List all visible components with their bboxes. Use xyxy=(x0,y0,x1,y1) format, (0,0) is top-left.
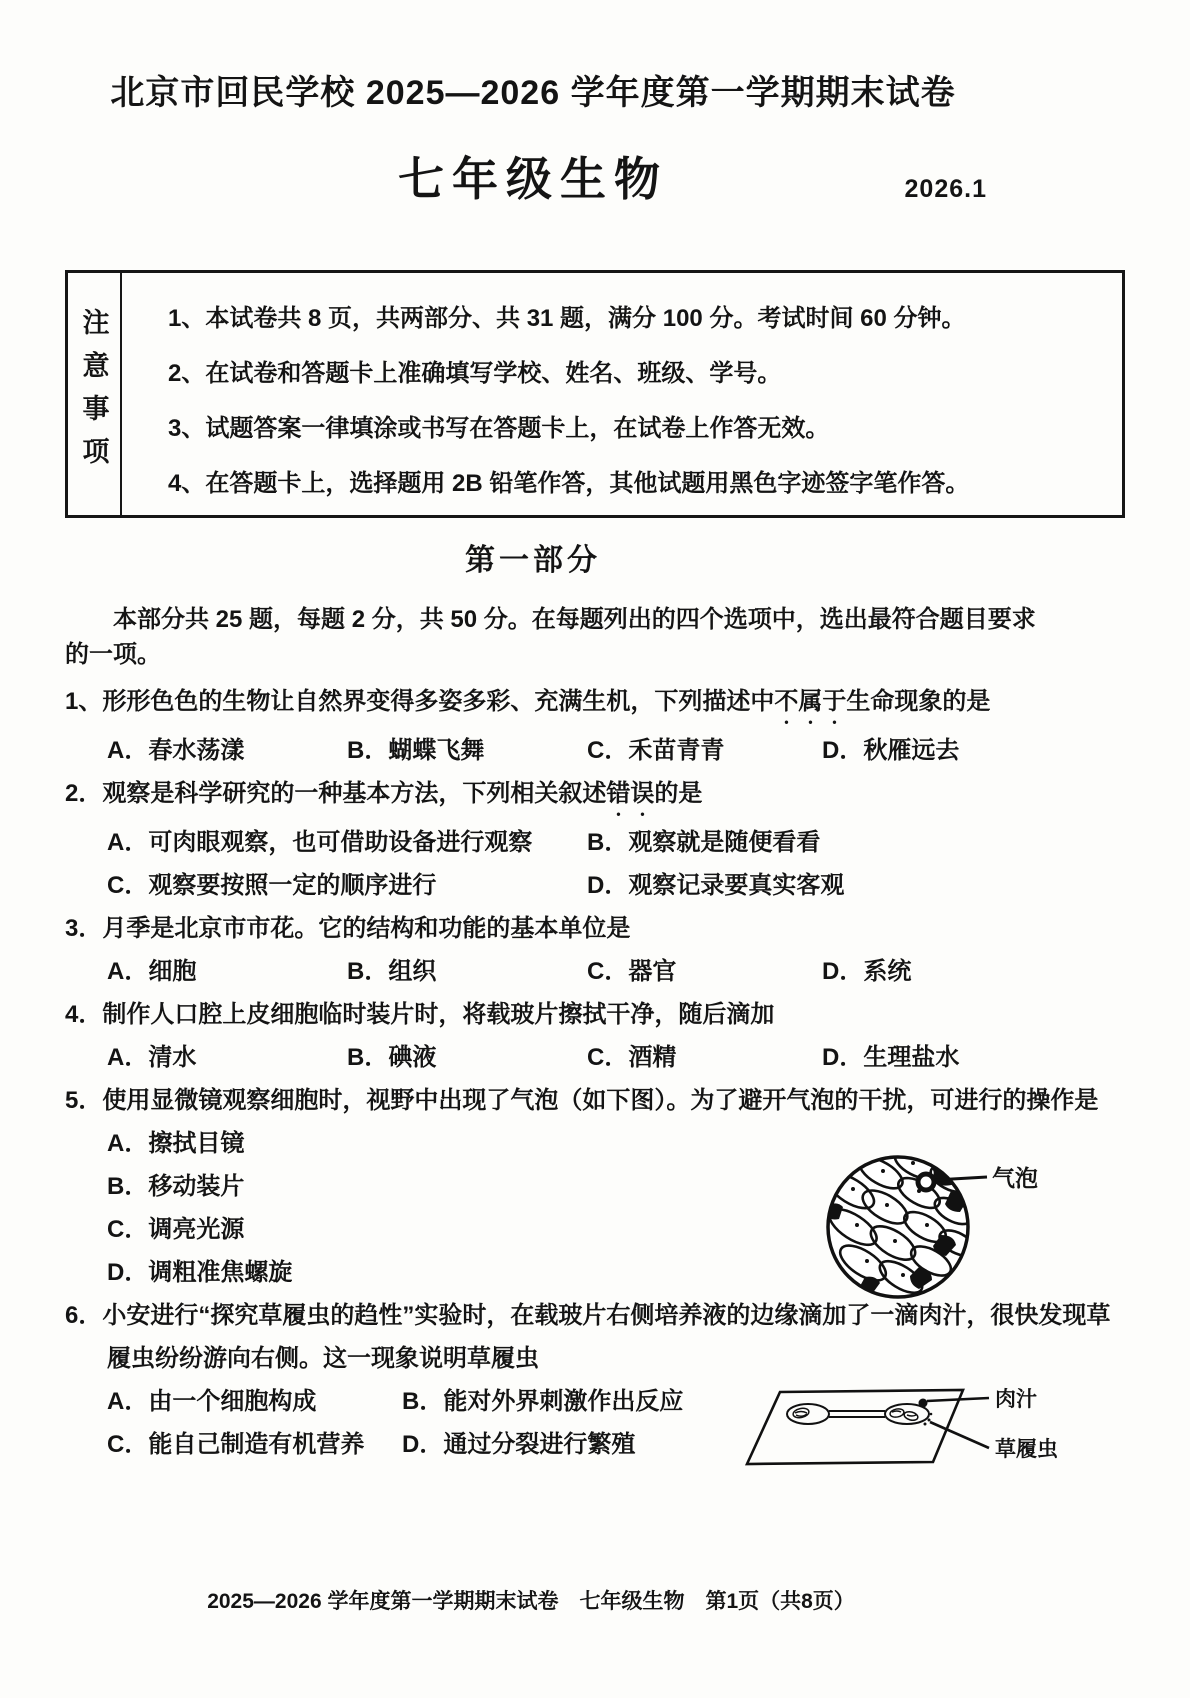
notice-item-1: 1、本试卷共 8 页，共两部分、共 31 题，满分 100 分。考试时间 60 … xyxy=(168,303,1112,335)
option-c: C．酒精 xyxy=(587,1036,822,1079)
slide-experiment-figure: 肉汁 草履虫 xyxy=(737,1386,1087,1486)
air-bubble-icon xyxy=(918,1174,934,1190)
question-6-number: 6． xyxy=(65,1302,102,1329)
question-2: 2．观察是科学研究的一种基本方法，下列相关叙述错误的是 A．可肉眼观察，也可借助… xyxy=(65,772,1125,907)
exam-page: 北京市回民学校 2025—2026 学年度第一学期期末试卷 七年级生物 2026… xyxy=(0,0,1190,1698)
question-1-stem: 1、形形色色的生物让自然界变得多姿多彩、充满生机，下列描述中不属于生命现象的是 xyxy=(65,680,1117,729)
question-5-number: 5． xyxy=(65,1087,102,1114)
question-2-text-after: 的是 xyxy=(654,780,702,807)
question-3-number: 3． xyxy=(65,915,102,942)
section-title: 第一部分 xyxy=(3,544,1063,578)
exam-content: 北京市回民学校 2025—2026 学年度第一学期期末试卷 七年级生物 2026… xyxy=(0,0,1190,1466)
question-6-stem: 6．小安进行“探究草履虫的趋性”实验时，在载玻片右侧培养液的边缘滴加了一滴肉汁，… xyxy=(65,1294,1117,1380)
question-3-text: 月季是北京市市花。它的结构和功能的基本单位是 xyxy=(102,915,630,942)
option-c: C．观察要按照一定的顺序进行 xyxy=(107,864,587,907)
option-c: C．能自己制造有机营养 xyxy=(107,1423,402,1466)
option-a: A．细胞 xyxy=(107,950,347,993)
microscope-field-figure: 气泡 xyxy=(823,1149,1063,1301)
question-4-options: A．清水 B．碘液 C．酒精 D．生理盐水 xyxy=(65,1036,1125,1079)
question-1-text: 形形色色的生物让自然界变得多姿多彩、充满生机，下列描述中 xyxy=(102,688,774,715)
option-d: D．观察记录要真实客观 xyxy=(587,864,1125,907)
question-list: 1、形形色色的生物让自然界变得多姿多彩、充满生机，下列描述中不属于生命现象的是 … xyxy=(65,680,1125,1466)
paramecia-shapes xyxy=(792,1407,919,1422)
question-6-text: 小安进行“探究草履虫的趋性”实验时，在载玻片右侧培养液的边缘滴加了一滴肉汁，很快… xyxy=(102,1302,1110,1372)
page-footer: 2025—2026 学年度第一学期期末试卷 七年级生物 第1页（共8页） xyxy=(0,1585,1062,1615)
question-2-emphasis: 错误 xyxy=(606,780,654,807)
question-1-emphasis: 不属于 xyxy=(774,688,846,715)
meat-juice-leader-line xyxy=(927,1398,989,1401)
notice-item-3: 3、试题答案一律填涂或书写在答题卡上，在试卷上作答无效。 xyxy=(168,413,1112,445)
section-intro: 本部分共 25 题，每题 2 分，共 50 分。在每题列出的四个选项中，选出最符… xyxy=(65,602,1040,672)
subtitle-row: 七年级生物 2026.1 xyxy=(65,150,1125,208)
question-1-options: A．春水荡漾 B．蝴蝶飞舞 C．禾苗青青 D．秋雁远去 xyxy=(65,729,1125,772)
question-4-stem: 4．制作人口腔上皮细胞临时装片时，将载玻片擦拭干净，随后滴加 xyxy=(65,993,1117,1036)
option-c: C．器官 xyxy=(587,950,822,993)
option-a: A．由一个细胞构成 xyxy=(107,1380,402,1423)
notice-item-2: 2、在试卷和答题卡上准确填写学校、姓名、班级、学号。 xyxy=(168,358,1112,390)
notice-items: 1、本试卷共 8 页，共两部分、共 31 题，满分 100 分。考试时间 60 … xyxy=(122,273,1122,515)
notice-label-cell: 注意事项 xyxy=(68,273,122,515)
question-1-text-after: 生命现象的是 xyxy=(846,688,990,715)
question-2-text: 观察是科学研究的一种基本方法，下列相关叙述 xyxy=(102,780,606,807)
question-2-options-row-2: C．观察要按照一定的顺序进行 D．观察记录要真实客观 xyxy=(65,864,1125,907)
question-3-options: A．细胞 B．组织 C．器官 D．系统 xyxy=(65,950,1125,993)
question-3-stem: 3．月季是北京市市花。它的结构和功能的基本单位是 xyxy=(65,907,1117,950)
option-d: D．系统 xyxy=(822,950,1125,993)
question-4-text: 制作人口腔上皮细胞临时装片时，将载玻片擦拭干净，随后滴加 xyxy=(102,1001,774,1028)
question-4-number: 4． xyxy=(65,1001,102,1028)
notice-label: 注意事项 xyxy=(75,308,114,480)
exam-date: 2026.1 xyxy=(905,175,987,204)
option-a: A．春水荡漾 xyxy=(107,729,347,772)
option-d: D．秋雁远去 xyxy=(822,729,1125,772)
question-3: 3．月季是北京市市花。它的结构和功能的基本单位是 A．细胞 B．组织 C．器官 … xyxy=(65,907,1125,993)
paramecium-label: 草履虫 xyxy=(995,1437,1058,1461)
question-4: 4．制作人口腔上皮细胞临时装片时，将载玻片擦拭干净，随后滴加 A．清水 B．碘液… xyxy=(65,993,1125,1079)
question-6: 6．小安进行“探究草履虫的趋性”实验时，在载玻片右侧培养液的边缘滴加了一滴肉汁，… xyxy=(65,1294,1125,1466)
question-5-stem: 5．使用显微镜观察细胞时，视野中出现了气泡（如下图）。为了避开气泡的干扰，可进行… xyxy=(65,1079,1117,1122)
option-b: B．蝴蝶飞舞 xyxy=(347,729,587,772)
option-a: A．清水 xyxy=(107,1036,347,1079)
question-2-stem: 2．观察是科学研究的一种基本方法，下列相关叙述错误的是 xyxy=(65,772,1117,821)
option-d: D．生理盐水 xyxy=(822,1036,1125,1079)
question-5-text: 使用显微镜观察细胞时，视野中出现了气泡（如下图）。为了避开气泡的干扰，可进行的操… xyxy=(102,1087,1098,1114)
option-c: C．禾苗青青 xyxy=(587,729,822,772)
notice-item-4: 4、在答题卡上，选择题用 2B 铅笔作答，其他试题用黑色字迹签字笔作答。 xyxy=(168,468,1112,500)
question-5: 5．使用显微镜观察细胞时，视野中出现了气泡（如下图）。为了避开气泡的干扰，可进行… xyxy=(65,1079,1125,1294)
notice-box: 注意事项 1、本试卷共 8 页，共两部分、共 31 题，满分 100 分。考试时… xyxy=(65,270,1125,518)
air-bubble-label: 气泡 xyxy=(992,1165,1038,1191)
question-1-number: 1、 xyxy=(65,688,102,715)
option-b: B．组织 xyxy=(347,950,587,993)
paramecium-leader-line xyxy=(930,1422,989,1448)
question-2-options-row-1: A．可肉眼观察，也可借助设备进行观察 B．观察就是随便看看 xyxy=(65,821,1125,864)
option-a: A．可肉眼观察，也可借助设备进行观察 xyxy=(107,821,587,864)
meat-juice-label: 肉汁 xyxy=(995,1388,1037,1411)
question-1: 1、形形色色的生物让自然界变得多姿多彩、充满生机，下列描述中不属于生命现象的是 … xyxy=(65,680,1125,772)
question-2-number: 2． xyxy=(65,780,102,807)
option-b: B．碘液 xyxy=(347,1036,587,1079)
exam-title: 北京市回民学校 2025—2026 学年度第一学期期末试卷 xyxy=(3,0,1063,116)
option-b: B．观察就是随便看看 xyxy=(587,821,1125,864)
